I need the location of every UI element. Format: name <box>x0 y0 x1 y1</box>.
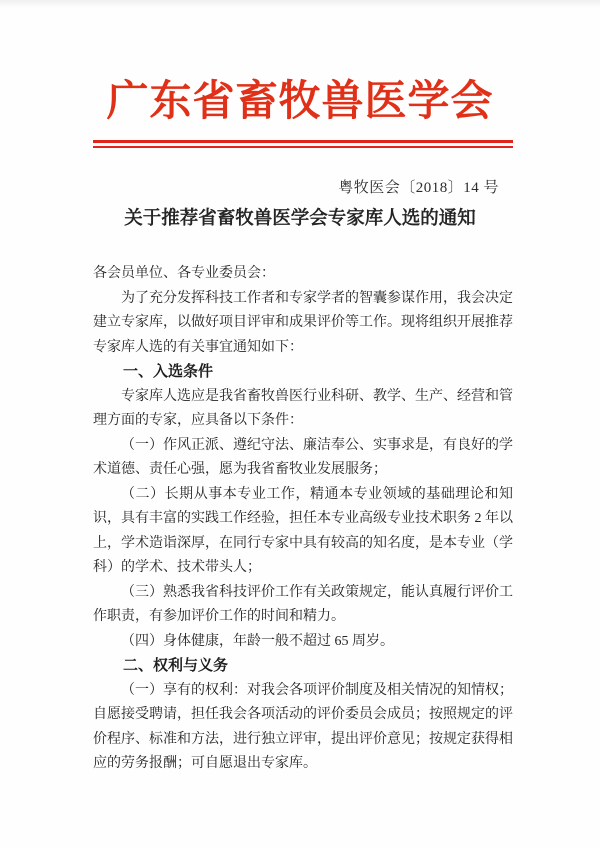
doc-number: 粤牧医会〔2018〕14 号 <box>93 178 499 198</box>
section-heading-1: 一、入选条件 <box>93 360 513 385</box>
paragraph-intro: 为了充分发挥科技工作者和专家学者的智囊参谋作用，我会决定建立专家库，以做好项目评… <box>93 287 513 361</box>
rule-top-line <box>93 140 513 143</box>
doc-body: 各会员单位、各专业委员会： 为了充分发挥科技工作者和专家学者的智囊参谋作用，我会… <box>93 262 513 777</box>
document-page: 广东省畜牧兽医学会 粤牧医会〔2018〕14 号 关于推荐省畜牧兽医学会专家库人… <box>0 0 600 849</box>
paragraph-condition-1: （一）作风正派、遵纪守法、廉洁奉公、实事求是，有良好的学术道德、责任心强，愿为我… <box>93 434 513 483</box>
paragraph-condition-2: （二）长期从事本专业工作，精通本专业领域的基础理论和知识，具有丰富的实践工作经验… <box>93 483 513 581</box>
letterhead-org-name: 广东省畜牧兽医学会 <box>0 79 600 125</box>
salutation: 各会员单位、各专业委员会： <box>93 262 513 287</box>
scan-artifact <box>0 0 600 8</box>
paragraph-condition-4: （四）身体健康，年龄一般不超过 65 周岁。 <box>93 630 513 655</box>
paragraph-rights: （一）享有的权利：对我会各项评价制度及相关情况的知情权；自愿接受聘请，担任我会各… <box>93 679 513 777</box>
doc-title: 关于推荐省畜牧兽医学会专家库人选的通知 <box>0 205 600 231</box>
paragraph-conditions-intro: 专家库人选应是我省畜牧兽医行业科研、教学、生产、经营和管理方面的专家，应具备以下… <box>93 385 513 434</box>
paragraph-condition-3: （三）熟悉我省科技评价工作有关政策规定，能认真履行评价工作职责，有参加评价工作的… <box>93 581 513 630</box>
letterhead-double-rule <box>93 140 513 148</box>
section-heading-2: 二、权利与义务 <box>93 654 513 679</box>
rule-bottom-line <box>93 146 513 148</box>
